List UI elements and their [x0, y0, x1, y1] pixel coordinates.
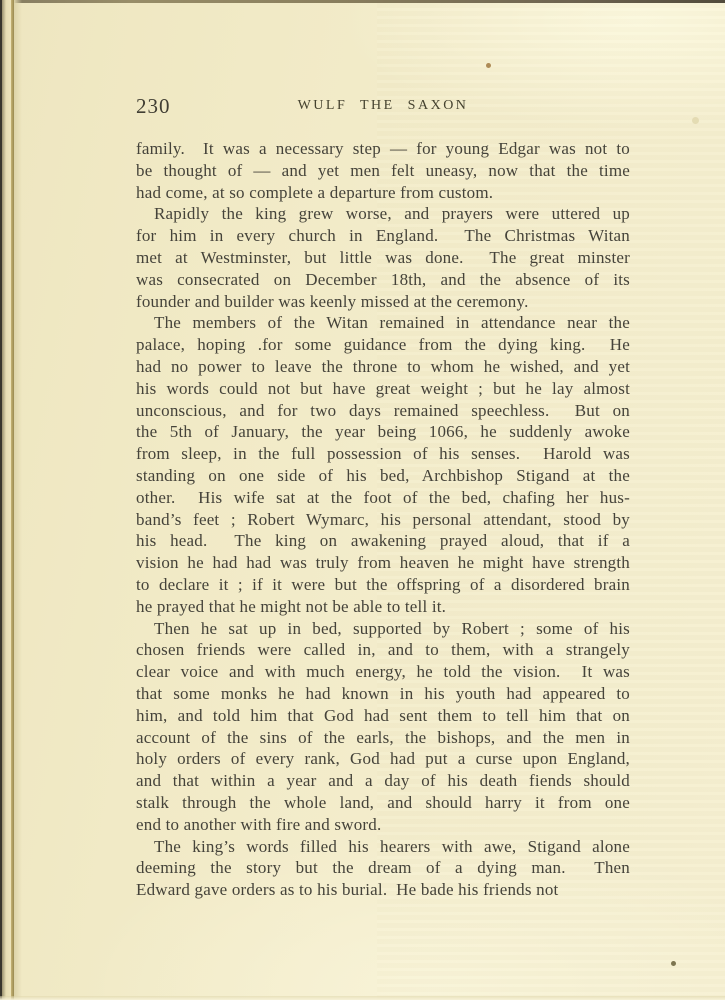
text-line: band’s feet ; Robert Wymarc, his persona… — [136, 509, 630, 531]
text-line: him, and told him that God had sent them… — [136, 705, 630, 727]
text-line: end to another with fire and sword. — [136, 814, 630, 836]
paper-speck — [671, 961, 676, 966]
text-line: his words could not but have great weigh… — [136, 378, 630, 400]
book-page: 230 WULF THE SAXON family. It was a nece… — [0, 0, 725, 1000]
page-header: 230 WULF THE SAXON — [136, 94, 630, 118]
text-line: had no power to leave the throne to whom… — [136, 356, 630, 378]
text-line: Then he sat up in bed, supported by Robe… — [136, 618, 630, 640]
text-line: and that within a year and a day of his … — [136, 770, 630, 792]
text-line: had come, at so complete a departure fro… — [136, 182, 630, 204]
paragraph: The members of the Witan remained in att… — [136, 312, 630, 617]
paragraph: family. It was a necessary step — for yo… — [136, 138, 630, 203]
text-line: founder and builder was keenly missed at… — [136, 291, 630, 313]
text-line: family. It was a necessary step — for yo… — [136, 138, 630, 160]
text-line: was consecrated on December 18th, and th… — [136, 269, 630, 291]
text-line: clear voice and with much energy, he tol… — [136, 661, 630, 683]
paragraph: The king’s words filled his hearers with… — [136, 836, 630, 901]
paragraph: Rapidly the king grew worse, and prayers… — [136, 203, 630, 312]
paper-speck — [692, 117, 699, 124]
text-line: standing on one side of his bed, Archbis… — [136, 465, 630, 487]
text-line: vision he had had was truly from heaven … — [136, 552, 630, 574]
text-line: met at Westminster, but little was done.… — [136, 247, 630, 269]
text-line: other. His wife sat at the foot of the b… — [136, 487, 630, 509]
text-line: be thought of — and yet men felt uneasy,… — [136, 160, 630, 182]
text-line: to declare it ; if it were but the offsp… — [136, 574, 630, 596]
text-line: deeming the story but the dream of a dyi… — [136, 857, 630, 879]
text-line: account of the sins of the earls, the bi… — [136, 727, 630, 749]
text-line: holy orders of every rank, God had put a… — [136, 748, 630, 770]
binding-shadow — [0, 0, 2, 1000]
gutter-fade — [14, 0, 22, 1000]
text-line: for him in every church in England. The … — [136, 225, 630, 247]
text-line: from sleep, in the full possession of hi… — [136, 443, 630, 465]
text-line: he prayed that he might not be able to t… — [136, 596, 630, 618]
page-top-edge — [0, 0, 725, 3]
page-bottom-edge — [0, 996, 725, 1000]
text-line: Rapidly the king grew worse, and prayers… — [136, 203, 630, 225]
paper-speck — [486, 63, 491, 68]
page-text: family. It was a necessary step — for yo… — [136, 138, 630, 901]
page-left-edge — [2, 0, 11, 1000]
text-line: the 5th of January, the year being 1066,… — [136, 421, 630, 443]
text-line: Edward gave orders as to his burial. He … — [136, 879, 630, 901]
text-line: stalk through the whole land, and should… — [136, 792, 630, 814]
text-line: chosen friends were called in, and to th… — [136, 639, 630, 661]
paragraph: Then he sat up in bed, supported by Robe… — [136, 618, 630, 836]
text-line: The king’s words filled his hearers with… — [136, 836, 630, 858]
text-line: his head. The king on awakening prayed a… — [136, 530, 630, 552]
text-line: palace, hoping .for some guidance from t… — [136, 334, 630, 356]
running-title: WULF THE SAXON — [136, 98, 630, 114]
text-line: that some monks he had known in his yout… — [136, 683, 630, 705]
text-line: The members of the Witan remained in att… — [136, 312, 630, 334]
text-line: unconscious, and for two days remained s… — [136, 400, 630, 422]
